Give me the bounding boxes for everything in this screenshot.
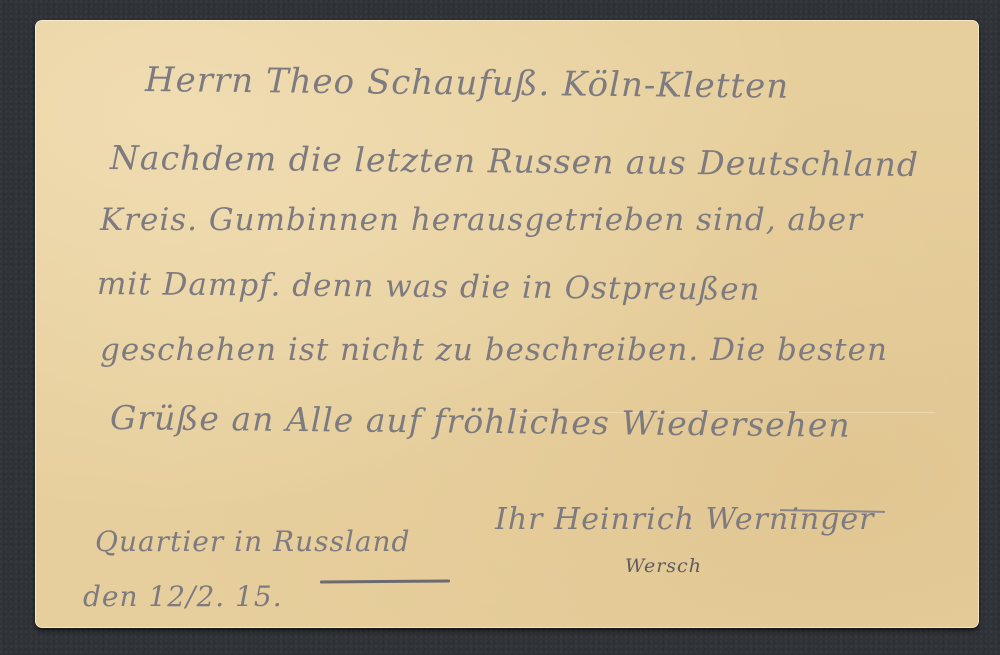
- message-line-2: Nachdem die letzten Russen aus Deutschla…: [110, 138, 919, 184]
- message-line-5: geschehen ist nicht zu beschreiben. Die …: [100, 332, 888, 368]
- message-line-closing: Grüße an Alle auf fröhliches Wiedersehen: [110, 398, 851, 445]
- message-line-3: Kreis. Gumbinnen herausgetrieben sind, a…: [100, 202, 863, 238]
- place-line: Quartier in Russland: [95, 525, 410, 558]
- date-line: den 12/2. 15.: [83, 580, 283, 613]
- postcard: Herrn Theo Schaufuß. Köln-Kletten Nachde…: [35, 20, 979, 628]
- message-line-4: mit Dampf. denn was die in Ostpreußen: [97, 266, 761, 308]
- message-line-salutation: Herrn Theo Schaufuß. Köln-Kletten: [145, 60, 790, 107]
- signature-note: Wersch: [625, 555, 702, 577]
- place-underline: [320, 579, 450, 583]
- signature: Ihr Heinrich Werninger: [495, 502, 875, 537]
